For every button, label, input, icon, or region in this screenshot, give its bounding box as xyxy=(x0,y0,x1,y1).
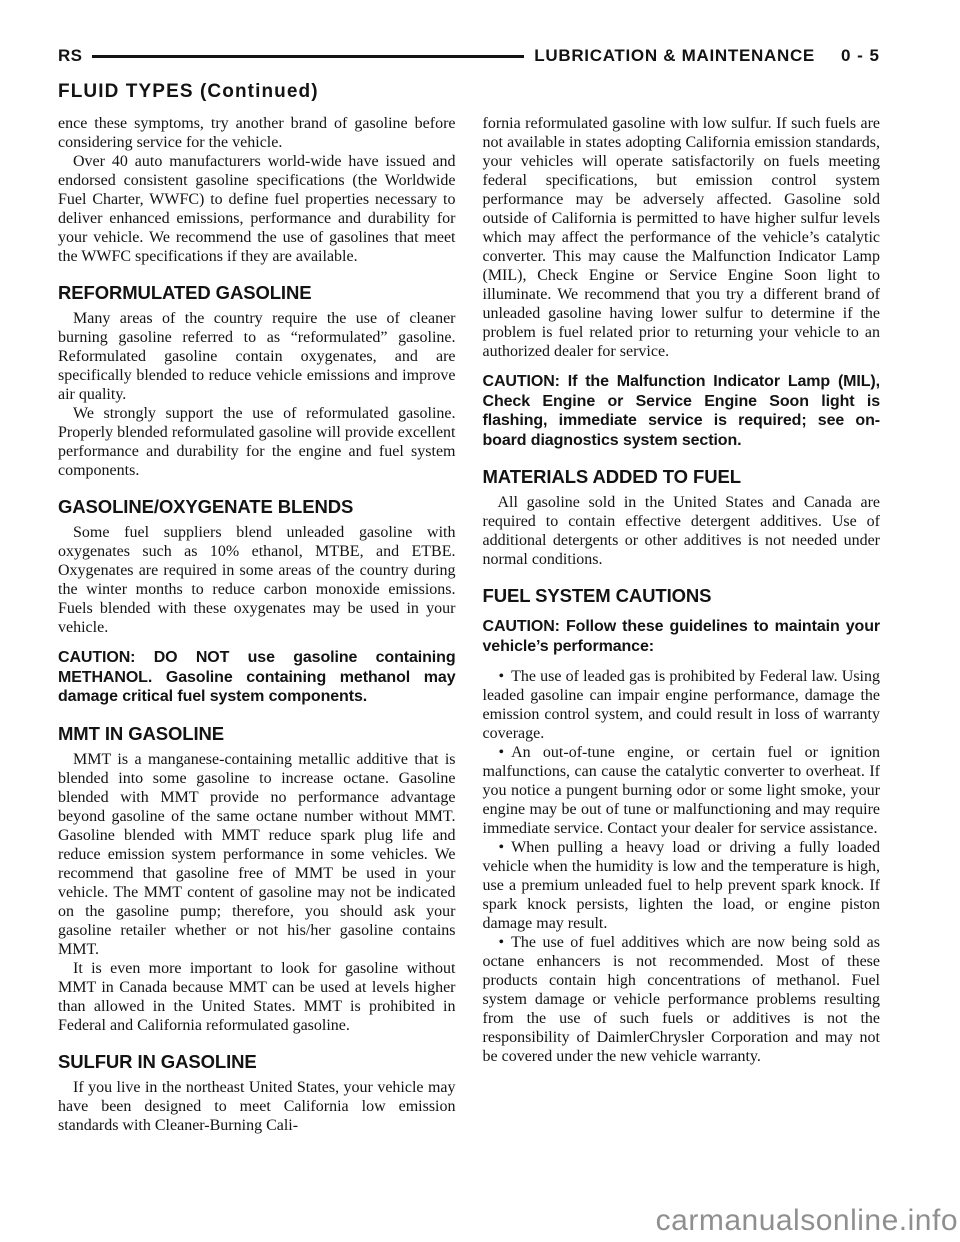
section-heading: FUEL SYSTEM CAUTIONS xyxy=(483,586,881,606)
section-heading: MATERIALS ADDED TO FUEL xyxy=(483,467,881,487)
body-paragraph: ence these symptoms, try another brand o… xyxy=(58,114,456,152)
page-content: RS LUBRICATION & MAINTENANCE 0 - 5 FLUID… xyxy=(58,46,880,1135)
body-paragraph: We strongly support the use of reformula… xyxy=(58,404,456,480)
body-paragraph: Over 40 auto manufacturers world-wide ha… xyxy=(58,152,456,266)
model-code: RS xyxy=(58,46,82,66)
caution-paragraph: CAUTION: If the Malfunction Indicator La… xyxy=(483,372,881,450)
section-heading: SULFUR IN GASOLINE xyxy=(58,1052,456,1072)
caution-paragraph: CAUTION: Follow these guidelines to main… xyxy=(483,617,881,656)
section-heading: REFORMULATED GASOLINE xyxy=(58,283,456,303)
bullet-icon: • xyxy=(499,668,505,685)
section-heading: MMT IN GASOLINE xyxy=(58,724,456,744)
bullet-icon: • xyxy=(499,839,505,856)
header-rule xyxy=(92,55,524,58)
bullet-icon: • xyxy=(499,744,505,761)
running-header: RS LUBRICATION & MAINTENANCE 0 - 5 xyxy=(58,46,880,66)
bullet-item: •An out-of-tune engine, or certain fuel … xyxy=(483,743,881,838)
body-paragraph: Many areas of the country require the us… xyxy=(58,309,456,404)
column-right: fornia reformulated gasoline with low su… xyxy=(483,114,881,1135)
caution-paragraph: CAUTION: DO NOT use gasoline containing … xyxy=(58,648,456,707)
bullet-item: •The use of fuel additives which are now… xyxy=(483,933,881,1066)
text-columns: ence these symptoms, try another brand o… xyxy=(58,114,880,1135)
column-left: ence these symptoms, try another brand o… xyxy=(58,114,456,1135)
body-paragraph: fornia reformulated gasoline with low su… xyxy=(483,114,881,361)
body-paragraph: MMT is a manganese-containing metallic a… xyxy=(58,750,456,959)
body-paragraph: All gasoline sold in the United States a… xyxy=(483,493,881,569)
section-heading: GASOLINE/OXYGENATE BLENDS xyxy=(58,497,456,517)
header-section-title: LUBRICATION & MAINTENANCE xyxy=(534,46,815,66)
body-paragraph: It is even more important to look for ga… xyxy=(58,959,456,1035)
manual-page: RS LUBRICATION & MAINTENANCE 0 - 5 FLUID… xyxy=(0,0,960,1242)
bullet-item: •The use of leaded gas is prohibited by … xyxy=(483,667,881,743)
bullet-item: •When pulling a heavy load or driving a … xyxy=(483,838,881,933)
bullet-icon: • xyxy=(499,934,505,951)
page-number: 0 - 5 xyxy=(841,46,880,66)
body-paragraph: Some fuel suppliers blend unleaded gasol… xyxy=(58,523,456,637)
body-paragraph: If you live in the northeast United Stat… xyxy=(58,1078,456,1135)
page-title: FLUID TYPES (Continued) xyxy=(58,81,880,103)
watermark: carmanualsonline.info xyxy=(656,1204,958,1238)
